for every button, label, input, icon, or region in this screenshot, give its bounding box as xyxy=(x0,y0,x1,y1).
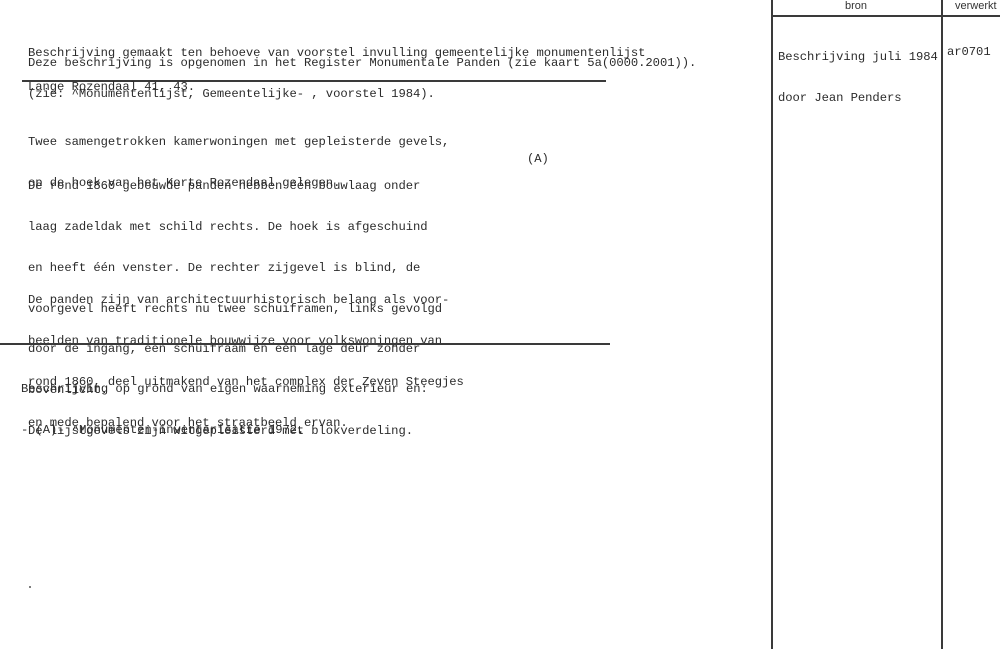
paragraph-line: De rond 1860 gebouwde panden hebben één … xyxy=(28,180,442,194)
column-header-bron: bron xyxy=(845,0,867,12)
paragraph-line: Twee samengetrokken kamerwoningen met ge… xyxy=(28,136,449,150)
sources-divider xyxy=(0,343,610,345)
bron-entry: Beschrijving juli 1984 door Jean Penders xyxy=(778,24,938,119)
column-header-verwerkt: verwerkt xyxy=(955,0,997,12)
sources-line: - (A)- ^Monumenten-inventarisatie 1972. xyxy=(21,424,428,438)
paragraph-line: laag zadeldak met schild rechts. De hoek… xyxy=(28,221,442,235)
bron-column-left-border xyxy=(771,0,773,649)
verwerkt-column-left-border xyxy=(941,0,943,649)
bron-line: door Jean Penders xyxy=(778,92,938,106)
source-reference-marker: (A) xyxy=(527,153,549,167)
bron-line: Beschrijving juli 1984 xyxy=(778,51,938,65)
sources-line: Beschrijving op grond van eigen waarnemi… xyxy=(21,383,428,397)
paragraph-line: beelden van traditionele bouwwijze voor … xyxy=(28,335,464,349)
header-divider xyxy=(771,15,1000,17)
paragraph-line: De panden zijn van architectuurhistorisc… xyxy=(28,294,464,308)
scan-speck xyxy=(29,586,31,588)
verwerkt-code: ar0701 xyxy=(947,46,991,60)
register-note: Deze beschrijving is opgenomen in het Re… xyxy=(28,57,696,71)
sources-block: Beschrijving op grond van eigen waarnemi… xyxy=(21,356,428,451)
address-heading: Lange Rozendaal 41, 43. xyxy=(28,81,195,95)
